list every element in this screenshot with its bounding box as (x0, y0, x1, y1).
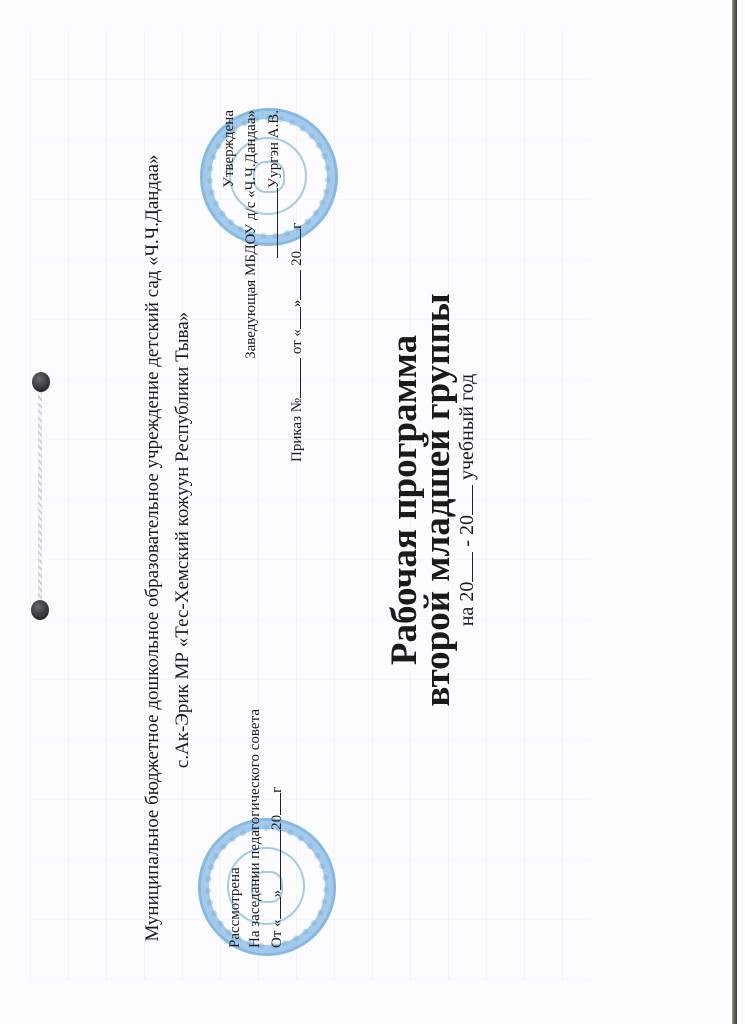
reviewed-block: Рассмотрена На заседании педагогического… (225, 709, 287, 948)
institution-name: Муниципальное бюджетное дошкольное образ… (142, 128, 164, 968)
academic-year: на 20 - 20 учебный год (452, 330, 479, 670)
reviewed-council: На заседании педагогического совета (245, 709, 265, 948)
approved-signature: Уургэн А.В. (262, 110, 285, 470)
approved-order: Приказ № от «» 20г (285, 110, 308, 462)
institution-location: с.Ак-Эрик МР «Тес-Хемский кожуун Республ… (172, 260, 194, 820)
binding-knot-icon (31, 600, 49, 620)
binding-string (38, 385, 42, 600)
reviewed-label: Рассмотрена (225, 709, 245, 948)
scanned-page: Муниципальное бюджетное дошкольное образ… (0, 0, 745, 1024)
scan-edge-shadow (732, 0, 737, 1024)
approved-block: Утверждена Заведующая МБДОУ д/с «Ч.Ч.Дан… (218, 110, 308, 470)
approved-label: Утверждена (218, 110, 240, 470)
binding-knot-icon (32, 372, 50, 392)
reviewed-date: От «»20г (265, 709, 287, 948)
approved-head: Заведующая МБДОУ д/с «Ч.Ч.Дандаа» (240, 110, 262, 470)
